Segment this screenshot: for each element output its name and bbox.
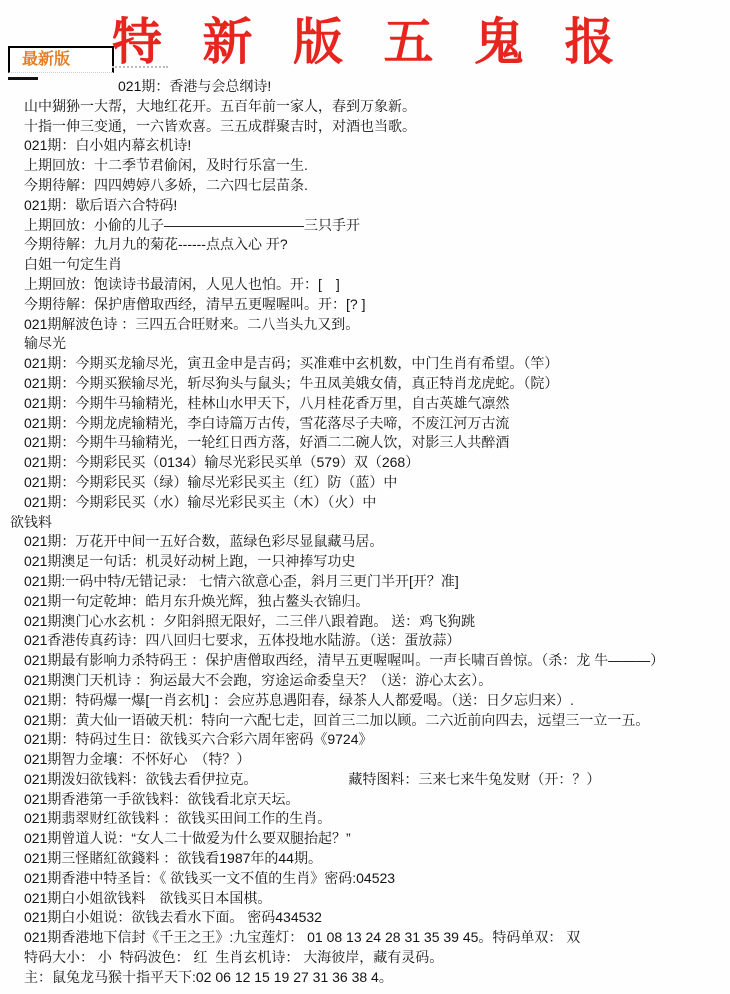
text-line: 021期泼妇欲钱料：欲钱去看伊拉克。 藏特图料：三来七来牛兔发财（开：？） [0,770,730,790]
text-line: 十指一伸三变通，一六皆欢喜。三五成群聚吉时，对酒也当歌。 [0,117,730,137]
text-line: 上期回放：十二季节君偷闲，及时行乐富一生. [0,156,730,176]
text-line: 021期：特码过生日：欲钱买六合彩六周年密码《9724》 [0,730,730,750]
page-container: 特 新 版 五 鬼 报 最新版 021期：香港与会总纲诗!山中猢狲一大帮，大地红… [0,0,730,994]
text-line: 021期白小姐说：欲钱去看水下面。 密码434532 [0,908,730,928]
text-line: 021期：今期彩民买（水）输尽光彩民买主（木）（火）中 [0,493,730,513]
text-line: 021期：今期买龙输尽光，寅丑金申是吉码；买准难中玄机数，中门生肖有希望。（竿） [0,354,730,374]
text-line: 021期香港地下信封《千王之王》:九宝莲灯： 01 08 13 24 28 31… [0,928,730,948]
text-line: 021期三怪賭紅欲錢料 ：欲钱看1987年的44期。 [0,849,730,869]
text-line: 021期：今期牛马输精光，一轮红日西方落，好酒二二碗人饮，对影三人共醉酒 [0,433,730,453]
text-line: 主：鼠兔龙马猴十指平天下:02 06 12 15 19 27 31 36 38 … [0,968,730,988]
text-line: 021期：今期牛马输精光，桂林山水甲天下，八月桂花香万里，自古英雄气凛然 [0,394,730,414]
body-lines: 021期：香港与会总纲诗!山中猢狲一大帮，大地红花开。五百年前一家人，春到万象新… [0,77,730,988]
text-line: 白姐一句定生肖 [0,255,730,275]
text-line: 山中猢狲一大帮，大地红花开。五百年前一家人，春到万象新。 [0,97,730,117]
text-line: 021期：今期龙虎输精光，李白诗篇万古传，雪花落尽子夫啼，不废江河万古流 [0,414,730,434]
text-line: 021期：今期彩民买（0134）输尽光彩民买单（579）双（268） [0,453,730,473]
text-line: 021期香港中特圣旨：《 欲钱买一文不值的生肖》密码:04523 [0,869,730,889]
text-line: 021期曾道人说：“女人二十做爱为什么要双腿抬起？” [0,829,730,849]
text-line: 021期智力金壤：不怀好心 （特？） [0,750,730,770]
text-line: 今期待解：九月九的菊花------点点入心 开? [0,235,730,255]
text-line: 021期澳足一句话：机灵好动树上跑，一只神捧写功史 [0,552,730,572]
text-line: 欲钱料 [0,513,730,533]
text-line: 021期：今期彩民买（绿）输尽光彩民买主（红）防（蓝）中 [0,473,730,493]
text-line: 021期：白小姐内幕玄机诗! [0,136,730,156]
latest-version-badge: 最新版 [8,46,114,73]
text-line: 特码大小： 小 特码波色： 红 生肖玄机诗： 大海彼岸，藏有灵码。 [0,948,730,968]
text-line: 今期待解：四四娉婷八多娇，二六四七层苗条. [0,176,730,196]
text-line: 021期：万花开中间一五好合数，蓝绿色彩尽显鼠藏马居。 [0,532,730,552]
text-line: 021期翡翠财红欲钱料 ：欲钱买田间工作的生肖。 [0,809,730,829]
text-line: 021期:一码中特/无错记录： 七情六欲意心歪，斜月三更门半开[开？准] [0,572,730,592]
text-line: 今期待解：保护唐僧取西经，清早五更喔喔叫。开：[? ] [0,295,730,315]
latest-version-label: 最新版 [10,48,112,72]
newspaper-title: 特 新 版 五 鬼 报 [112,2,629,74]
text-line: 021期最有影响力杀特码王 ：保护唐僧取西经，清早五更喔喔叫。一声长啸百兽惊。（… [0,651,730,671]
text-line: 输尽光 [0,334,730,354]
text-line: 上期回放：小偷的儿子——————————三只手开 [0,216,730,236]
text-line: 021期澳门天机诗 ：狗运最大不会跑，穷途运命委皇天？（送：游心太玄）。 [0,671,730,691]
text-line: 021期白小姐欲钱料 欲钱买日本国棋。 [0,889,730,909]
dotted-rule [112,66,168,68]
text-line: 021期一句定乾坤：皓月东升焕光辉，独占鳌头衣锦归。 [0,592,730,612]
text-line: 021期澳门心水玄机 ：夕阳斜照无限好，二三伴八跟着跑。 送：鸡飞狗跳 [0,612,730,632]
text-line: 021期：歇后语六合特码! [0,196,730,216]
text-line: 021期：特码爆一爆[一肖玄机] ：会应苏息遇阳春，绿茶人人都爱喝。（送：日夕忘… [0,691,730,711]
masthead: 特 新 版 五 鬼 报 最新版 [0,0,730,78]
text-line: 021期香港第一手欲钱料：欲钱看北京天坛。 [0,790,730,810]
text-line: 021期：黄大仙一语破天机：特向一六配七走，回首三二加以顾。二六近前向四去，远望… [0,711,730,731]
text-line: 上期回放：饱读诗书最清闲，人见人也怕。开：[ ] [0,275,730,295]
text-line: 021期解波色诗 ：三四五合旺财来。二八当头九又到。 [0,315,730,335]
text-line: 021期：今期买猴输尽光，斩尽狗头与鼠头；牛丑凤美娥女倩，真正特肖龙虎蛇。（院） [0,374,730,394]
text-line: 021期：香港与会总纲诗! [0,77,730,97]
text-line: 021香港传真药诗：四八回归七要求，五体投地水陆游。（送：蛋放蒜） [0,631,730,651]
